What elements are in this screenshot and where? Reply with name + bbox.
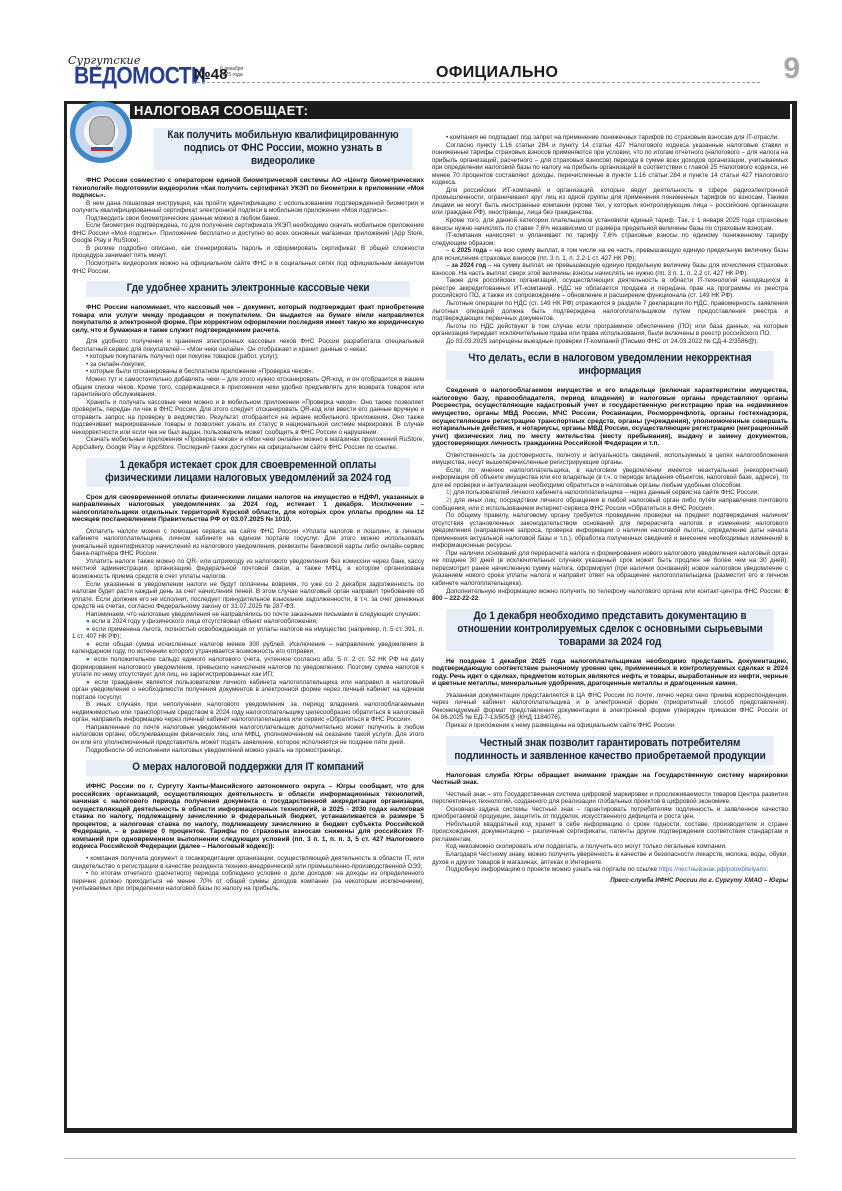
list-item: 2) для иных лиц: посредством личного обр… (432, 497, 788, 512)
chestny-znak-link[interactable]: https://честныйзнак.рф/potrebitelyam/ (659, 866, 767, 873)
list-item: • по итогам отчетного (расчетного) перио… (72, 870, 424, 893)
list-item: ● если в 2024 году у физического лица от… (72, 618, 424, 626)
rubric-banner: НАЛОГОВАЯ СООБЩАЕТ: (130, 103, 790, 119)
section-title: ОФИЦИАЛЬНО (436, 64, 558, 82)
list-item: ● если положительное сальдо единого нало… (72, 656, 424, 679)
article-heading: Честный знак позволит гарантировать потр… (446, 736, 774, 765)
article-heading: Как получить мобильную квалифицированную… (153, 128, 412, 170)
article-lead: ФНС России напоминает, что кассовый чек … (72, 304, 424, 334)
article-heading: О мерах налоговой поддержки для IT компа… (86, 760, 410, 776)
page-number: 9 (783, 52, 800, 86)
article-heading: Что делать, если в налоговом уведомлении… (446, 351, 774, 380)
article-lead: ФНС России совместно с оператором единой… (72, 177, 424, 200)
issue-date: 6 декабря 2025 года (220, 66, 250, 78)
article-lead: Срок для своевременной оплаты физическим… (72, 494, 424, 524)
bullet-icon: ● (86, 626, 90, 633)
bullet-icon: ● (86, 618, 90, 625)
list-item: ● если применена льгота, полностью освоб… (72, 626, 424, 641)
right-column: • компания не подпадает под запрет на пр… (432, 124, 788, 884)
masthead-rule (192, 82, 760, 83)
article-lead: Не позднее 1 декабря 2025 года налогопла… (432, 658, 788, 688)
list-item: • которые покупатель получил при покупке… (72, 353, 424, 361)
contact-phone-paragraph: Дополнительную информацию можно получить… (432, 588, 788, 603)
article-lead: ИФНС России по г. Сургуту Ханты-Мансийск… (72, 783, 424, 851)
list-item: • которые были отсканированы в бесплатно… (72, 368, 424, 376)
article-lead: Сведения о налогооблагаемом имуществе и … (432, 387, 788, 447)
newspaper-logo: Сургутские ВЕДОМОСТИ (66, 54, 196, 88)
bullet-icon: ● (86, 656, 91, 663)
list-item: ● если общая сумма исчисленных налогов м… (72, 641, 424, 656)
bullet-icon: ● (86, 679, 91, 686)
press-service-signature: Пресс-служба ИФНС России по г. Сургуту Х… (432, 877, 788, 885)
bottom-rule (64, 1158, 796, 1159)
list-item: • компания не подпадает под запрет на пр… (432, 134, 788, 142)
article-heading: Где удобнее хранить электронные кассовые… (86, 281, 410, 297)
article-heading: 1 декабря истекает срок для своевременно… (86, 458, 410, 487)
left-column: Как получить мобильную квалифицированную… (72, 124, 424, 893)
list-item: – с 2025 года – на всю сумму выплат, в т… (432, 247, 788, 262)
list-item: • компания получила документ о госаккред… (72, 855, 424, 870)
bullet-icon: ● (86, 641, 92, 648)
list-item: – за 2024 год – на сумму выплат, не прев… (432, 262, 788, 277)
logo-main: ВЕДОМОСТИ (74, 63, 205, 91)
article-lead: Налоговая служба Югры обращает внимание … (432, 772, 788, 787)
list-item: 1) для пользователей личного кабинета на… (432, 489, 788, 497)
list-item: ● если гражданин является пользователем … (72, 679, 424, 702)
article-heading: До 1 декабря необходимо представить доку… (446, 609, 774, 651)
masthead: Сургутские ВЕДОМОСТИ №48 6 декабря 2025 … (62, 52, 800, 88)
